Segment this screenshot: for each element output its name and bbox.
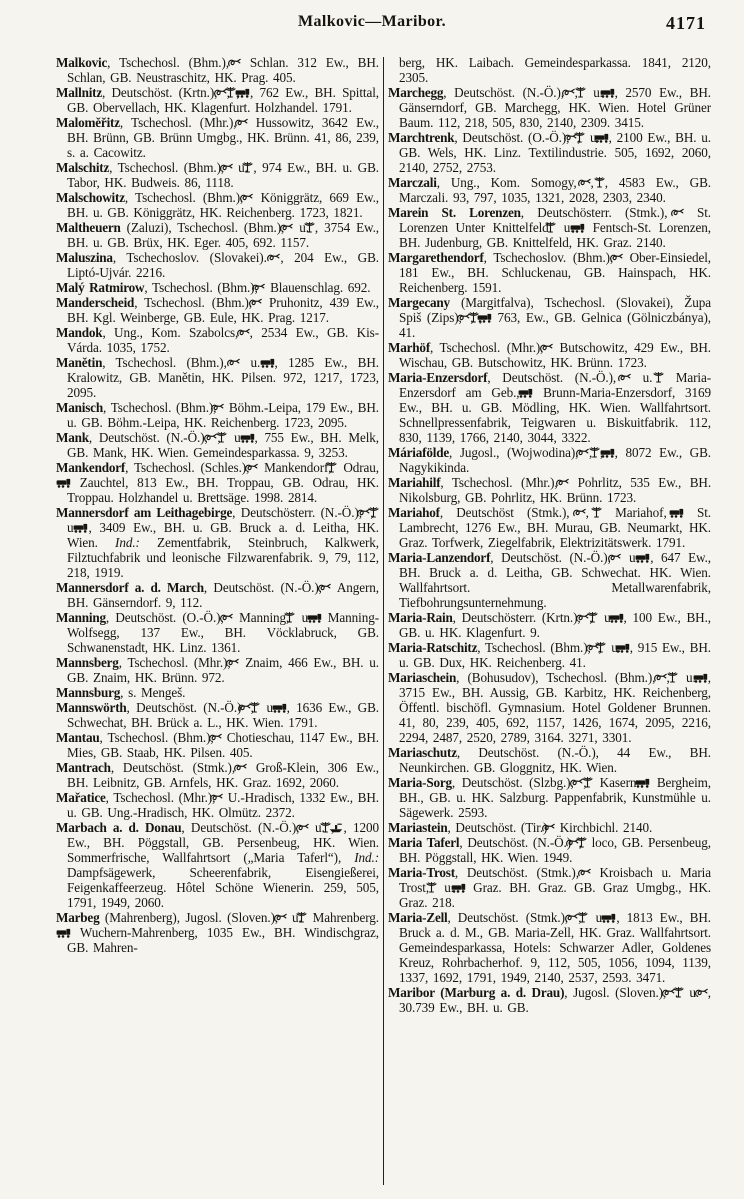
directory-entry: Marczali, Ung., Kom. Somogy, , , 4583 Ew… bbox=[388, 175, 711, 205]
posthorn-icon bbox=[262, 280, 265, 295]
directory-entry: Mařatice, Tschechosl. (Mhr.), U.-Hradisc… bbox=[56, 790, 379, 820]
directory-entry: Mariaschutz, Deutschöst. (N.-Ö.), 44 Ew.… bbox=[388, 745, 711, 775]
directory-entry: Malkovic, Tschechosl. (Bhm.), Schlan. 31… bbox=[56, 55, 379, 85]
railway-icon bbox=[680, 505, 684, 520]
posthorn-icon bbox=[230, 610, 233, 625]
railway-icon bbox=[283, 700, 287, 715]
railway-icon bbox=[646, 550, 650, 565]
directory-entry: Maria-Rain, Deutschösterr. (Krtn.), , u.… bbox=[388, 610, 711, 640]
posthorn-icon bbox=[583, 505, 586, 520]
directory-entry: Manderscheid, Tschechosl. (Bhm.), Pruhon… bbox=[56, 295, 379, 325]
entry-headword: Mannersdorf am Leithagebirge bbox=[56, 505, 232, 520]
railway-icon bbox=[67, 475, 71, 490]
railway-icon bbox=[611, 85, 615, 100]
entry-headword: Mariahof bbox=[388, 505, 440, 520]
directory-entry: Maluszina, Tschechoslov. (Slovakei). , 2… bbox=[56, 250, 379, 280]
entry-headword: Maltheuern bbox=[56, 220, 121, 235]
posthorn-icon bbox=[221, 400, 224, 415]
directory-entry: Mantrach, Deutschöst. (Stmk.), Groß-Klei… bbox=[56, 760, 379, 790]
directory-entry: Malschowitz, Tschechosl. (Bhm.), Königgr… bbox=[56, 190, 379, 220]
posthorn-icon bbox=[588, 865, 591, 880]
entry-headword: Máriafölde bbox=[388, 445, 449, 460]
posthorn-icon bbox=[681, 205, 684, 220]
entry-headword: Mariahilf bbox=[388, 475, 440, 490]
entry-headword: Marchegg bbox=[388, 85, 443, 100]
directory-entry: Manning, Deutschöst. (O.-Ö.), Manning, u… bbox=[56, 610, 379, 655]
posthorn-icon bbox=[244, 760, 247, 775]
entry-headword: Mannsberg bbox=[56, 655, 119, 670]
entry-headword: Mariaschutz bbox=[388, 745, 457, 760]
posthorn-icon bbox=[620, 250, 623, 265]
entry-headword: Mařatice bbox=[56, 790, 106, 805]
entry-headword: Mariaschein bbox=[388, 670, 456, 685]
directory-entry: Maria-Sorg, Deutschöst. (Slzbg.), , Kase… bbox=[388, 775, 711, 820]
entry-headword: Marczali bbox=[388, 175, 437, 190]
entry-headword: Mallnitz bbox=[56, 85, 102, 100]
railway-icon bbox=[605, 130, 609, 145]
posthorn-icon bbox=[237, 355, 240, 370]
entry-headword: Manisch bbox=[56, 400, 103, 415]
directory-entry: Mannersdorf a. d. March, Deutschöst. (N.… bbox=[56, 580, 379, 610]
railway-icon bbox=[704, 670, 708, 685]
posthorn-icon bbox=[588, 175, 591, 190]
entry-headword: Margarethendorf bbox=[388, 250, 484, 265]
entry-headword: Maria-Ratschitz bbox=[388, 640, 477, 655]
directory-entry: Mannsberg, Tschechosl. (Mhr.), Znaim, 46… bbox=[56, 655, 379, 685]
directory-entry: Maria-Lanzendorf, Deutschöst. (N.-Ö.), u… bbox=[388, 550, 711, 610]
posthorn-icon bbox=[628, 370, 631, 385]
posthorn-icon bbox=[259, 295, 262, 310]
entry-headword: Mannswörth bbox=[56, 700, 127, 715]
railway-icon bbox=[626, 640, 630, 655]
railway-icon bbox=[271, 355, 275, 370]
directory-entry: Maria-Ratschitz, Tschechosl. (Bhm.), , u… bbox=[388, 640, 711, 670]
directory-entry: Maribor (Marburg a. d. Drau), Jugosl. (S… bbox=[388, 985, 711, 1015]
entry-headword: Malý Ratmirow bbox=[56, 280, 144, 295]
directory-entry: Malý Ratmirow, Tschechosl. (Bhm.), Blaue… bbox=[56, 280, 379, 295]
directory-entry: Maria-Enzersdorf, Deutschöst. (N.-Ö.), u… bbox=[388, 370, 711, 445]
posthorn-icon bbox=[255, 460, 258, 475]
entry-headword: Mankendorf bbox=[56, 460, 125, 475]
directory-entry: Maria Taferl, Deutschöst. (N.-Ö.) , loco… bbox=[388, 835, 711, 865]
entry-headword: Mantrach bbox=[56, 760, 111, 775]
directory-entry: Mantau, Tschechosl. (Bhm.), Chotieschau,… bbox=[56, 730, 379, 760]
posthorn-icon bbox=[245, 115, 248, 130]
entry-headword: Marbeg bbox=[56, 910, 99, 925]
entry-headword: Maria-Zell bbox=[388, 910, 448, 925]
posthorn-icon bbox=[306, 820, 309, 835]
entry-headword: Manětin bbox=[56, 355, 102, 370]
entry-headword: Mandok bbox=[56, 325, 102, 340]
posthorn-icon bbox=[219, 730, 222, 745]
directory-entry: Mariaschein, (Bohusudov), Tschechosl. (B… bbox=[388, 670, 711, 745]
directory-entry: Maltheuern (Zaluzi), Tschechosl. (Bhm.),… bbox=[56, 220, 379, 250]
posthorn-icon bbox=[290, 220, 293, 235]
posthorn-icon bbox=[230, 160, 233, 175]
entry-headword: Maria-Rain bbox=[388, 610, 453, 625]
posthorn-icon bbox=[277, 250, 280, 265]
posthorn-icon bbox=[284, 910, 287, 925]
directory-entry: Mariahilf, Tschechosl. (Mhr.), Pohrlitz,… bbox=[388, 475, 711, 505]
entry-headword: Marhöf bbox=[388, 340, 430, 355]
railway-icon bbox=[84, 520, 88, 535]
page-header-title: Malkovic—Maribor. bbox=[0, 13, 744, 31]
directory-entry: Marein St. Lorenzen, Deutschösterr. (Stm… bbox=[388, 205, 711, 250]
railway-icon bbox=[529, 385, 533, 400]
directory-entry: Malschitz, Tschechosl. (Bhm.), u. , 974 … bbox=[56, 160, 379, 190]
directory-entry: Mannswörth, Deutschöst. (N.-Ö.) , u. , 1… bbox=[56, 700, 379, 730]
posthorn-icon bbox=[238, 55, 241, 70]
posthorn-icon bbox=[618, 550, 621, 565]
column-left: Malkovic, Tschechosl. (Bhm.), Schlan. 31… bbox=[56, 55, 379, 1193]
railway-icon bbox=[462, 880, 466, 895]
entry-headword: Maluszina bbox=[56, 250, 113, 265]
railway-icon bbox=[488, 310, 492, 325]
railway-icon bbox=[620, 610, 624, 625]
directory-entry: Manisch, Tschechosl. (Bhm.), Böhm.-Leipa… bbox=[56, 400, 379, 430]
railway-icon bbox=[646, 775, 650, 790]
railway-icon bbox=[251, 430, 255, 445]
entry-headword: Marein St. Lorenzen bbox=[388, 205, 521, 220]
railway-icon bbox=[318, 610, 322, 625]
entry-headword: Maloměřitz bbox=[56, 115, 120, 130]
directory-entry: Mandok, Ung., Kom. Szabolcs, , 2534 Ew.,… bbox=[56, 325, 379, 355]
directory-entry: Mariahof, Deutschöst (Stmk.), , Mariahof… bbox=[388, 505, 711, 550]
railway-icon bbox=[581, 220, 585, 235]
entry-headword: Maria-Trost bbox=[388, 865, 455, 880]
entry-headword: Manning bbox=[56, 610, 106, 625]
directory-entry: Marbeg (Mahrenberg), Jugosl. (Sloven.), … bbox=[56, 910, 379, 955]
entry-headword: Mannersdorf a. d. March bbox=[56, 580, 204, 595]
posthorn-icon bbox=[566, 475, 569, 490]
text-columns: Malkovic, Tschechosl. (Bhm.), Schlan. 31… bbox=[56, 55, 712, 1193]
directory-entry: Maria-Zell, Deutschöst. (Stmk.), , u. , … bbox=[388, 910, 711, 985]
posthorn-icon bbox=[247, 325, 250, 340]
posthorn-icon bbox=[552, 820, 555, 835]
scanned-page: Malkovic—Maribor. 4171 Malkovic, Tschech… bbox=[0, 0, 744, 1199]
entry-headword: Maribor (Marburg a. d. Drau) bbox=[388, 985, 564, 1000]
directory-entry: Máriafölde, Jugosl., (Wojwodina), , , , … bbox=[388, 445, 711, 475]
directory-entry: Mannsburg, s. Mengeš. bbox=[56, 685, 379, 700]
entry-headword: Malschitz bbox=[56, 160, 109, 175]
entry-continuation: berg, HK. Laibach. Gemeindesparkassa. 18… bbox=[388, 55, 711, 85]
posthorn-icon bbox=[328, 580, 331, 595]
directory-entry: Maria-Trost, Deutschöst. (Stmk.), Kroisb… bbox=[388, 865, 711, 910]
directory-entry: Manětin, Tschechosl. (Bhm.), u. , 1285 E… bbox=[56, 355, 379, 400]
posthorn-icon bbox=[236, 655, 239, 670]
page-header: Malkovic—Maribor. 4171 bbox=[0, 13, 744, 39]
steamship-icon bbox=[340, 820, 343, 835]
entry-headword: Mannsburg bbox=[56, 685, 120, 700]
directory-entry: Marchtrenk, Deutschöst. (O.-Ö.), , u. , … bbox=[388, 130, 711, 175]
directory-entry: Marhöf, Tschechosl. (Mhr.), Butschowitz,… bbox=[388, 340, 711, 370]
directory-entry: Marbach a. d. Donau, Deutschöst. (N.-Ö.)… bbox=[56, 820, 379, 910]
column-divider bbox=[383, 57, 384, 1185]
railway-icon bbox=[612, 910, 616, 925]
directory-entry: Mariastein, Deutschöst. (Tir.) Kirchbich… bbox=[388, 820, 711, 835]
entry-headword: Mariastein bbox=[388, 820, 448, 835]
directory-entry: Mannersdorf am Leithagebirge, Deutschöst… bbox=[56, 505, 379, 580]
posthorn-icon bbox=[220, 790, 223, 805]
directory-entry: Mankendorf, Tschechosl. (Schles.), Manke… bbox=[56, 460, 379, 505]
directory-entry: Mallnitz, Deutschöst. (Krtn.), , ; , 762… bbox=[56, 85, 379, 115]
directory-entry: Marchegg, Deutschöst. (N.-Ö.), , u. , 25… bbox=[388, 85, 711, 130]
entry-headword: Marchtrenk bbox=[388, 130, 454, 145]
posthorn-icon bbox=[550, 340, 553, 355]
directory-entry: Mank, Deutschöst. (N.-Ö.), , u. , 755 Ew… bbox=[56, 430, 379, 460]
railway-icon bbox=[246, 85, 250, 100]
directory-entry: Margarethendorf, Tschechoslov. (Bhm.), O… bbox=[388, 250, 711, 295]
entry-headword: Manderscheid bbox=[56, 295, 134, 310]
entry-headword: Maria Taferl bbox=[388, 835, 459, 850]
entry-headword: Maria-Sorg bbox=[388, 775, 452, 790]
railway-icon bbox=[67, 925, 71, 940]
directory-entry: Margecany (Margitfalva), Tschechosl. (Sl… bbox=[388, 295, 711, 340]
entry-headword: Maria-Enzersdorf bbox=[388, 370, 487, 385]
posthorn-icon bbox=[250, 190, 253, 205]
directory-entry: Maloměřitz, Tschechosl. (Mhr.), Hussowit… bbox=[56, 115, 379, 160]
entry-headword: Margecany bbox=[388, 295, 450, 310]
railway-icon bbox=[611, 445, 615, 460]
entry-headword: Marbach a. d. Donau bbox=[56, 820, 181, 835]
posthorn-icon bbox=[705, 985, 708, 1000]
entry-headword: Malkovic bbox=[56, 55, 107, 70]
entry-headword: Mantau bbox=[56, 730, 100, 745]
entry-headword: Mank bbox=[56, 430, 89, 445]
entry-headword: Maria-Lanzendorf bbox=[388, 550, 490, 565]
entry-headword: Malschowitz bbox=[56, 190, 125, 205]
column-right: berg, HK. Laibach. Gemeindesparkassa. 18… bbox=[388, 55, 711, 1193]
page-number: 4171 bbox=[666, 13, 706, 34]
